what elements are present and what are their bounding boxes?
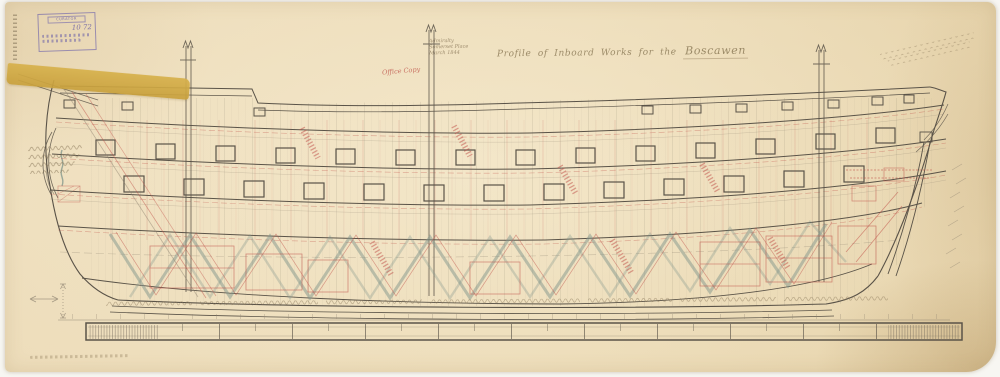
plan-title: Profile of Inboard Works for the Boscawe… (497, 44, 748, 60)
bow-note-scrawl (28, 142, 83, 174)
stamp-number: 10 72 (42, 23, 92, 33)
scanned-ship-plan: CURATOR 10 72 Admiralty Somerset Place M… (0, 0, 1000, 377)
ship-name: Boscawen (683, 44, 748, 60)
museum-stamp: CURATOR 10 72 (37, 12, 96, 52)
scale-bar (86, 323, 962, 340)
plan-title-text: Profile of Inboard Works for the (497, 47, 677, 59)
stern-note-scrawl (880, 32, 977, 67)
office-line-3: March 1844 (429, 50, 468, 57)
stamp-handwriting-line (42, 38, 82, 42)
stern-margin-hatching (946, 164, 966, 268)
office-annotation: Admiralty Somerset Place March 1844 (429, 38, 469, 57)
stamp-header: CURATOR (47, 15, 85, 23)
archive-margin-mark (13, 14, 17, 60)
measure-arrow (30, 284, 66, 318)
red-framing (108, 120, 880, 240)
stamp-handwriting-line (42, 33, 90, 37)
